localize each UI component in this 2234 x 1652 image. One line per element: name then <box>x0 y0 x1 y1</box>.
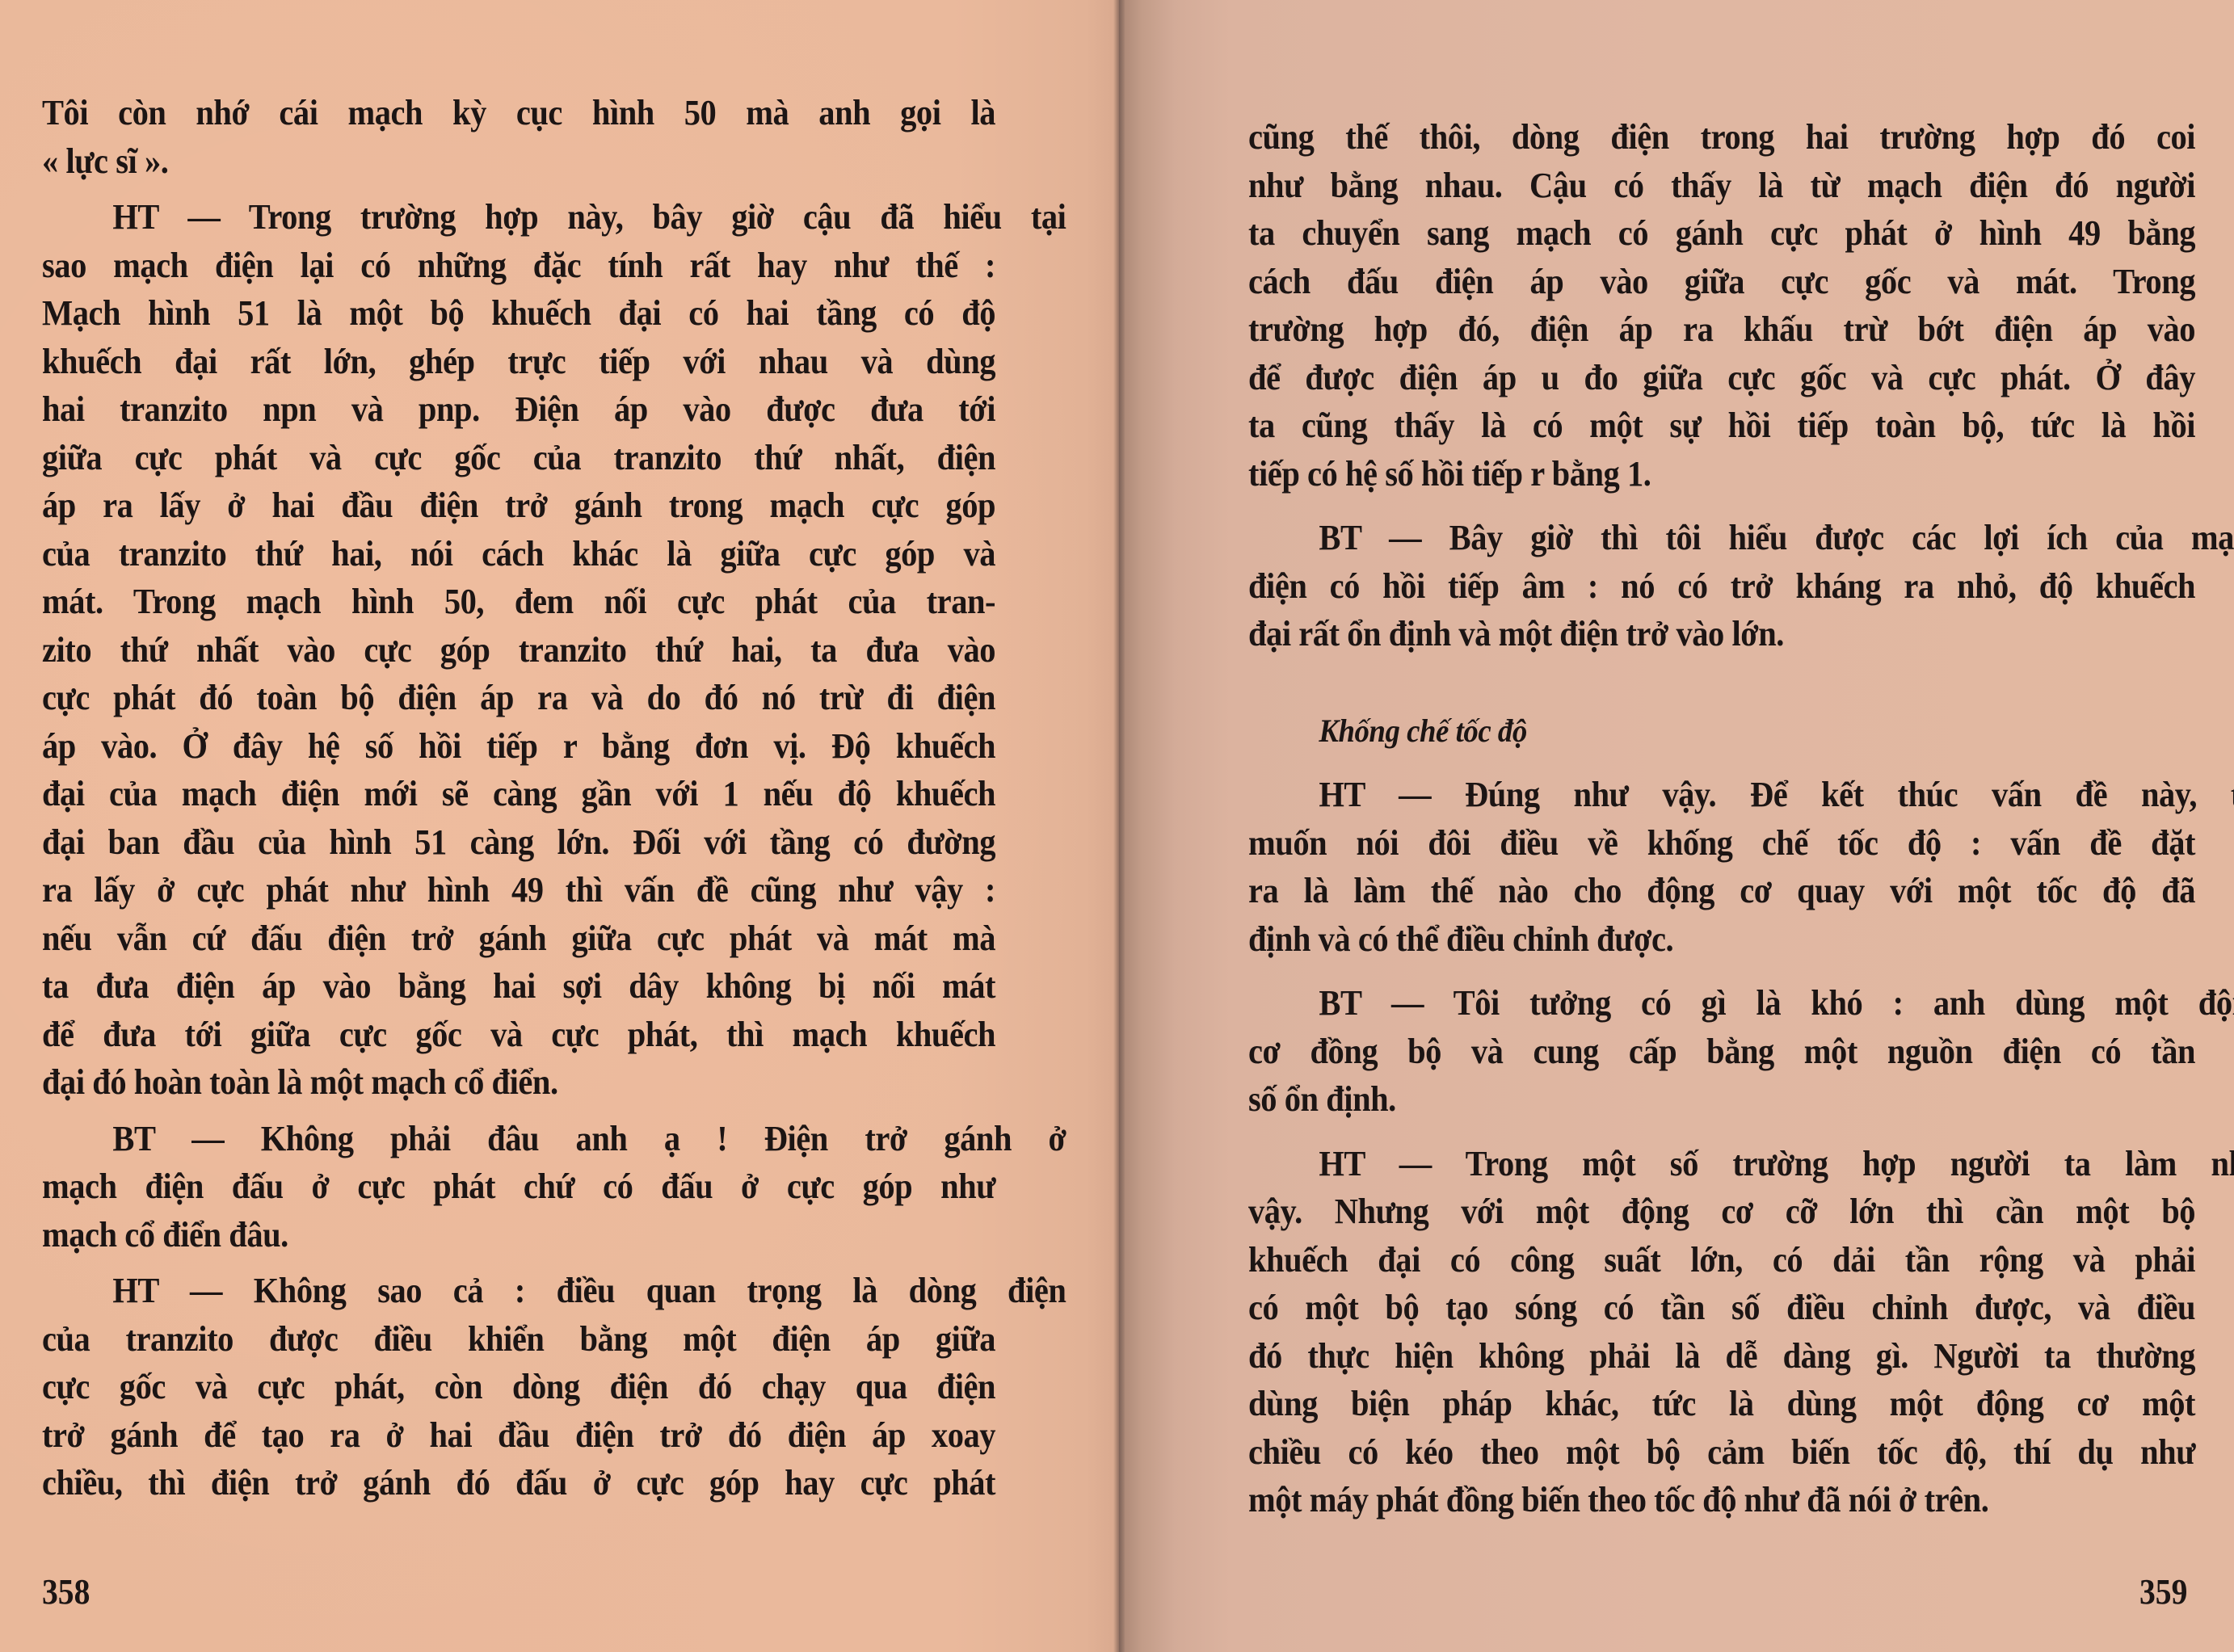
text-line: giữa cực phát và cực gốc của tranzito th… <box>42 434 995 482</box>
text-line: ta cũng thấy là có một sự hồi tiếp toàn … <box>1248 401 2195 450</box>
speaker-label: BT — <box>1319 983 1424 1023</box>
text-line: đó thực hiện không phải là dễ dàng gì. N… <box>1248 1332 2195 1381</box>
text-line: khuếch đại rất lớn, ghép trực tiếp với n… <box>42 338 995 386</box>
text-line: mạch điện đấu ở cực phát chứ có đấu ở cự… <box>42 1162 995 1211</box>
page-number-right: 359 <box>2139 1571 2187 1612</box>
text-line: đại đó hoàn toàn là một mạch cổ điển. <box>42 1058 995 1107</box>
text-line: Tôi còn nhớ cái mạch kỳ cục hình 50 mà a… <box>42 89 995 137</box>
text-line: ra lấy ở cực phát như hình 49 thì vấn đề… <box>42 866 995 914</box>
paragraph: HT — Trong trường hợp này, bây giờ cậu đ… <box>42 193 995 1107</box>
text-line: cực gốc và cực phát, còn dòng điện đó ch… <box>42 1363 995 1411</box>
text-line: trường hợp đó, điện áp ra khấu trừ bớt đ… <box>1248 305 2195 354</box>
text-line: cực phát đó toàn bộ điện áp ra và do đó … <box>42 674 995 722</box>
text-line: cách đấu điện áp vào giữa cực gốc và mát… <box>1248 258 2195 306</box>
section-heading: Khống chế tốc độ <box>1248 707 2119 755</box>
text-line: tiếp có hệ số hồi tiếp r bằng 1. <box>1248 450 2195 498</box>
page-number-left: 358 <box>42 1571 90 1612</box>
text-line: mạch cổ điển đâu. <box>42 1211 995 1259</box>
text-line: để được điện áp u đo giữa cực gốc và cực… <box>1248 354 2195 402</box>
text-line: Mạch hình 51 là một bộ khuếch đại có hai… <box>42 289 995 338</box>
paragraph: BT — Tôi tưởng có gì là khó : anh dùng m… <box>1248 979 2195 1124</box>
text-line: zito thứ nhất vào cực góp tranzito thứ h… <box>42 626 995 675</box>
text-line: mát. Trong mạch hình 50, đem nối cực phá… <box>42 578 995 626</box>
text-line: cũng thế thôi, dòng điện trong hai trườn… <box>1248 113 2195 162</box>
speaker-label: HT — <box>1319 1144 1431 1183</box>
text-line: hai tranzito npn và pnp. Điện áp vào đượ… <box>42 385 995 434</box>
text-line: đại ban đầu của hình 51 càng lớn. Đối vớ… <box>42 818 995 867</box>
speaker-label: BT — <box>112 1119 224 1158</box>
book-gutter <box>1113 0 1125 1652</box>
text-line: BT — Không phải đâu anh ạ ! Điện trở gán… <box>42 1115 1066 1163</box>
speaker-label: HT — <box>1319 775 1431 814</box>
paragraph: BT — Bây giờ thì tôi hiểu được các lợi í… <box>1248 514 2195 658</box>
text-line: ra là làm thế nào cho động cơ quay với m… <box>1248 867 2195 915</box>
text-line: trở gánh để tạo ra ở hai đầu điện trở đó… <box>42 1411 995 1460</box>
text-line: BT — Bây giờ thì tôi hiểu được các lợi í… <box>1248 514 2234 562</box>
paragraph: HT — Đúng như vậy. Để kết thúc vấn đề nà… <box>1248 771 2195 963</box>
text-line: có một bộ tạo sóng có tần số điều chỉnh … <box>1248 1284 2195 1332</box>
speaker-label: BT — <box>1319 518 1421 557</box>
text-line: một máy phát đồng biến theo tốc độ như đ… <box>1248 1476 2195 1524</box>
text-line: « lực sĩ ». <box>42 137 995 186</box>
text-line: định và có thể điều chỉnh được. <box>1248 915 2195 964</box>
text-line: của tranzito thứ hai, nói cách khác là g… <box>42 530 995 578</box>
text-line: chiều, thì điện trở gánh đó đấu ở cực gó… <box>42 1459 995 1507</box>
text-line: áp ra lấy ở hai đầu điện trở gánh trong … <box>42 481 995 530</box>
text-line: để đưa tới giữa cực gốc và cực phát, thì… <box>42 1011 995 1059</box>
text-line: đại của mạch điện mới sẽ càng gần với 1 … <box>42 770 995 818</box>
text-line: cơ đồng bộ và cung cấp bằng một nguồn đi… <box>1248 1028 2195 1076</box>
right-page-text: cũng thế thôi, dòng điện trong hai trườn… <box>1248 113 2195 1524</box>
text-line: sao mạch điện lại có những đặc tính rất … <box>42 242 995 290</box>
text-line: áp vào. Ở đây hệ số hồi tiếp r bằng đơn … <box>42 722 995 771</box>
text-line: ta đưa điện áp vào bằng hai sợi dây khôn… <box>42 962 995 1011</box>
paragraph: Tôi còn nhớ cái mạch kỳ cục hình 50 mà a… <box>42 89 995 185</box>
text-line: HT — Đúng như vậy. Để kết thúc vấn đề nà… <box>1248 771 2234 819</box>
text-line: dùng biện pháp khác, tức là dùng một độn… <box>1248 1380 2195 1428</box>
text-line: chiều có kéo theo một bộ cảm biến tốc độ… <box>1248 1428 2195 1477</box>
text-line: khuếch đại có công suất lớn, có dải tần … <box>1248 1236 2195 1284</box>
text-line: HT — Trong một số trường hợp người ta là… <box>1248 1140 2234 1188</box>
text-line: ta chuyển sang mạch có gánh cực phát ở h… <box>1248 209 2195 258</box>
text-line: HT — Không sao cả : điều quan trọng là d… <box>42 1267 1066 1315</box>
book-spread: Tôi còn nhớ cái mạch kỳ cục hình 50 mà a… <box>0 0 2234 1652</box>
text-line: vậy. Nhưng với một động cơ cỡ lớn thì cầ… <box>1248 1188 2195 1236</box>
text-line: muốn nói đôi điều về khống chế tốc độ : … <box>1248 819 2195 868</box>
paragraph: cũng thế thôi, dòng điện trong hai trườn… <box>1248 113 2195 498</box>
paragraph: HT — Không sao cả : điều quan trọng là d… <box>42 1267 995 1507</box>
left-page-text: Tôi còn nhớ cái mạch kỳ cục hình 50 mà a… <box>42 89 995 1507</box>
paragraph: HT — Trong một số trường hợp người ta là… <box>1248 1140 2195 1524</box>
speaker-label: HT — <box>112 1271 222 1310</box>
text-line: như bằng nhau. Cậu có thấy là từ mạch đi… <box>1248 162 2195 210</box>
text-line: đại rất ổn định và một điện trở vào lớn. <box>1248 610 2195 658</box>
text-line: nếu vẫn cứ đấu điện trở gánh giữa cực ph… <box>42 914 995 963</box>
paragraph: BT — Không phải đâu anh ạ ! Điện trở gán… <box>42 1115 995 1259</box>
text-line: của tranzito được điều khiển bằng một đi… <box>42 1315 995 1364</box>
text-line: HT — Trong trường hợp này, bây giờ cậu đ… <box>42 193 1066 242</box>
speaker-label: HT — <box>112 197 220 237</box>
text-line: BT — Tôi tưởng có gì là khó : anh dùng m… <box>1248 979 2234 1028</box>
text-line: điện có hồi tiếp âm : nó có trở kháng ra… <box>1248 562 2195 611</box>
text-line: số ổn định. <box>1248 1075 2195 1124</box>
